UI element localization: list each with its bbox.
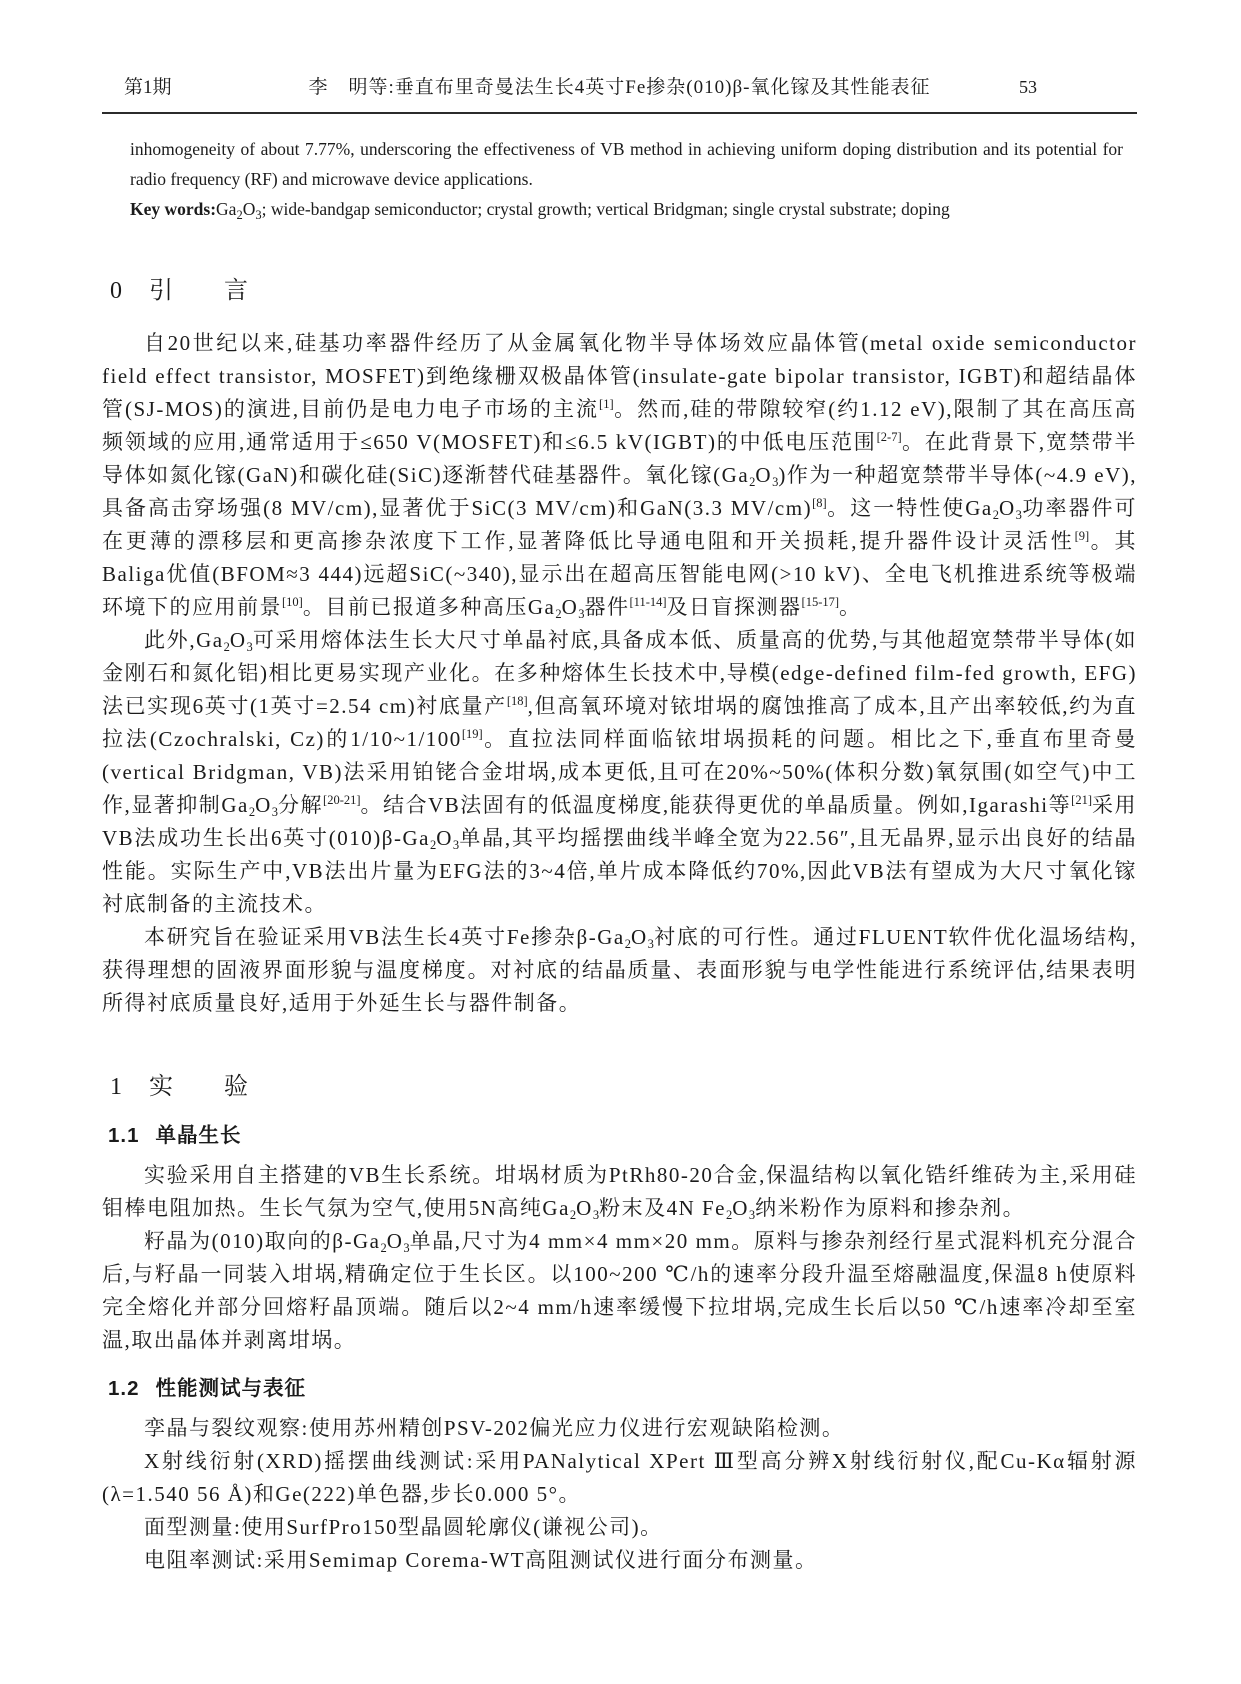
abstract-continuation: inhomogeneity of about 7.77%, underscori… xyxy=(130,134,1123,194)
testing-paragraph-4: 电阻率测试:采用Semimap Corema-WT高阻测试仪进行面分布测量。 xyxy=(102,1544,1137,1577)
running-title: 李 明等:垂直布里奇曼法生长4英寸Fe掺杂(010)β-氧化镓及其性能表征 xyxy=(272,72,967,99)
keywords-line: Key words:Ga2O3; wide-bandgap semiconduc… xyxy=(130,194,1123,224)
testing-paragraph-2: X射线衍射(XRD)摇摆曲线测试:采用PANalytical XPert Ⅲ型高… xyxy=(102,1445,1137,1511)
keywords-label: Key words: xyxy=(130,199,216,219)
subsection-1-1-number: 1.1 xyxy=(108,1119,140,1152)
subsection-1-2-title: 性能测试与表征 xyxy=(156,1377,307,1400)
subsection-1-1-heading: 1.1单晶生长 xyxy=(108,1119,1137,1152)
section-1-heading: 1实 验 xyxy=(110,1066,1137,1101)
section-1-title: 实 验 xyxy=(149,1074,249,1100)
intro-paragraph-2: 此外,Ga2O3可采用熔体法生长大尺寸单晶衬底,具备成本低、质量高的优势,与其他… xyxy=(102,624,1137,921)
section-0-heading: 0引 言 xyxy=(110,270,1137,305)
testing-paragraph-3: 面型测量:使用SurfPro150型晶圆轮廓仪(谦视公司)。 xyxy=(102,1511,1137,1544)
intro-paragraph-1: 自20世纪以来,硅基功率器件经历了从金属氧化物半导体场效应晶体管(metal o… xyxy=(102,327,1137,624)
growth-paragraph-2: 籽晶为(010)取向的β-Ga2O3单晶,尺寸为4 mm×4 mm×20 mm。… xyxy=(102,1225,1137,1357)
section-0-title: 引 言 xyxy=(149,278,249,304)
experiment-body: 1.1单晶生长 实验采用自主搭建的VB生长系统。坩埚材质为PtRh80-20合金… xyxy=(102,1119,1137,1577)
subsection-1-1-title: 单晶生长 xyxy=(156,1124,242,1147)
issue-label: 第1期 xyxy=(102,72,272,99)
growth-paragraph-1: 实验采用自主搭建的VB生长系统。坩埚材质为PtRh80-20合金,保温结构以氧化… xyxy=(102,1159,1137,1225)
intro-body: 自20世纪以来,硅基功率器件经历了从金属氧化物半导体场效应晶体管(metal o… xyxy=(102,327,1137,1020)
page-number: 53 xyxy=(967,77,1137,98)
running-header: 第1期 李 明等:垂直布里奇曼法生长4英寸Fe掺杂(010)β-氧化镓及其性能表… xyxy=(102,72,1137,114)
abstract-tail: inhomogeneity of about 7.77%, underscori… xyxy=(130,134,1123,224)
subsection-1-2-number: 1.2 xyxy=(108,1372,140,1405)
testing-paragraph-1: 孪晶与裂纹观察:使用苏州精创PSV-202偏光应力仪进行宏观缺陷检测。 xyxy=(102,1412,1137,1445)
keywords-text: Ga2O3; wide-bandgap semiconductor; cryst… xyxy=(216,199,950,219)
intro-paragraph-3: 本研究旨在验证采用VB法生长4英寸Fe掺杂β-Ga2O3衬底的可行性。通过FLU… xyxy=(102,921,1137,1020)
journal-page: 第1期 李 明等:垂直布里奇曼法生长4英寸Fe掺杂(010)β-氧化镓及其性能表… xyxy=(0,0,1241,1684)
section-1-number: 1 xyxy=(110,1074,123,1101)
section-0-number: 0 xyxy=(110,278,123,305)
subsection-1-2-heading: 1.2性能测试与表征 xyxy=(108,1372,1137,1405)
